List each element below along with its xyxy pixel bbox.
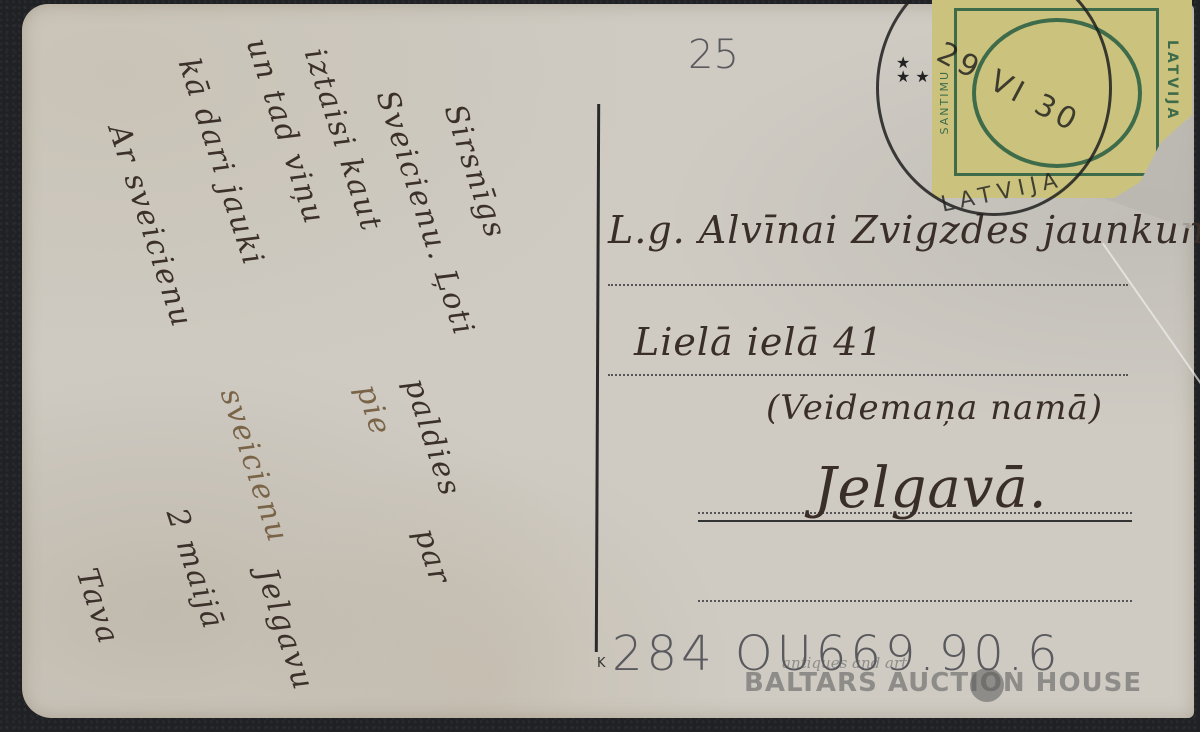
address-line-rule: [698, 600, 1132, 602]
signature: Tava: [69, 564, 127, 649]
stamp-country: LATVIJA: [1164, 40, 1180, 121]
message-fragment: Jelgavu: [249, 564, 321, 695]
message-fragment: sveicienu: [213, 384, 296, 547]
address-street: Lielā ielā 41: [634, 320, 884, 364]
message-fragment: paldies: [397, 374, 468, 501]
message-fragment: par: [407, 524, 458, 589]
paper-crease: [1102, 243, 1200, 457]
address-line-rule: [608, 374, 1128, 376]
watermark-logo-icon: [970, 668, 1004, 702]
address-building: (Veidemaņa namā): [766, 388, 1103, 428]
message-line: Ar sveicienu: [101, 120, 200, 332]
printer-mark: K: [597, 656, 606, 671]
postmark-stars-icon: ★★ ★: [896, 56, 930, 84]
address-recipient: L.g. Alvīnai Zvigzdes jaunkundzei: [608, 208, 1200, 252]
message-line: Sirsnīgs: [437, 100, 513, 243]
address-line-rule: [608, 284, 1128, 286]
message-fragment: 2 maijā: [159, 504, 231, 634]
watermark-title: BALTARS AUCTION HOUSE: [744, 668, 1142, 698]
pencil-note-top: 25: [688, 32, 739, 78]
center-divider: [595, 104, 600, 652]
address-city: Jelgavā.: [814, 456, 1048, 521]
message-fragment: pie: [349, 380, 399, 441]
